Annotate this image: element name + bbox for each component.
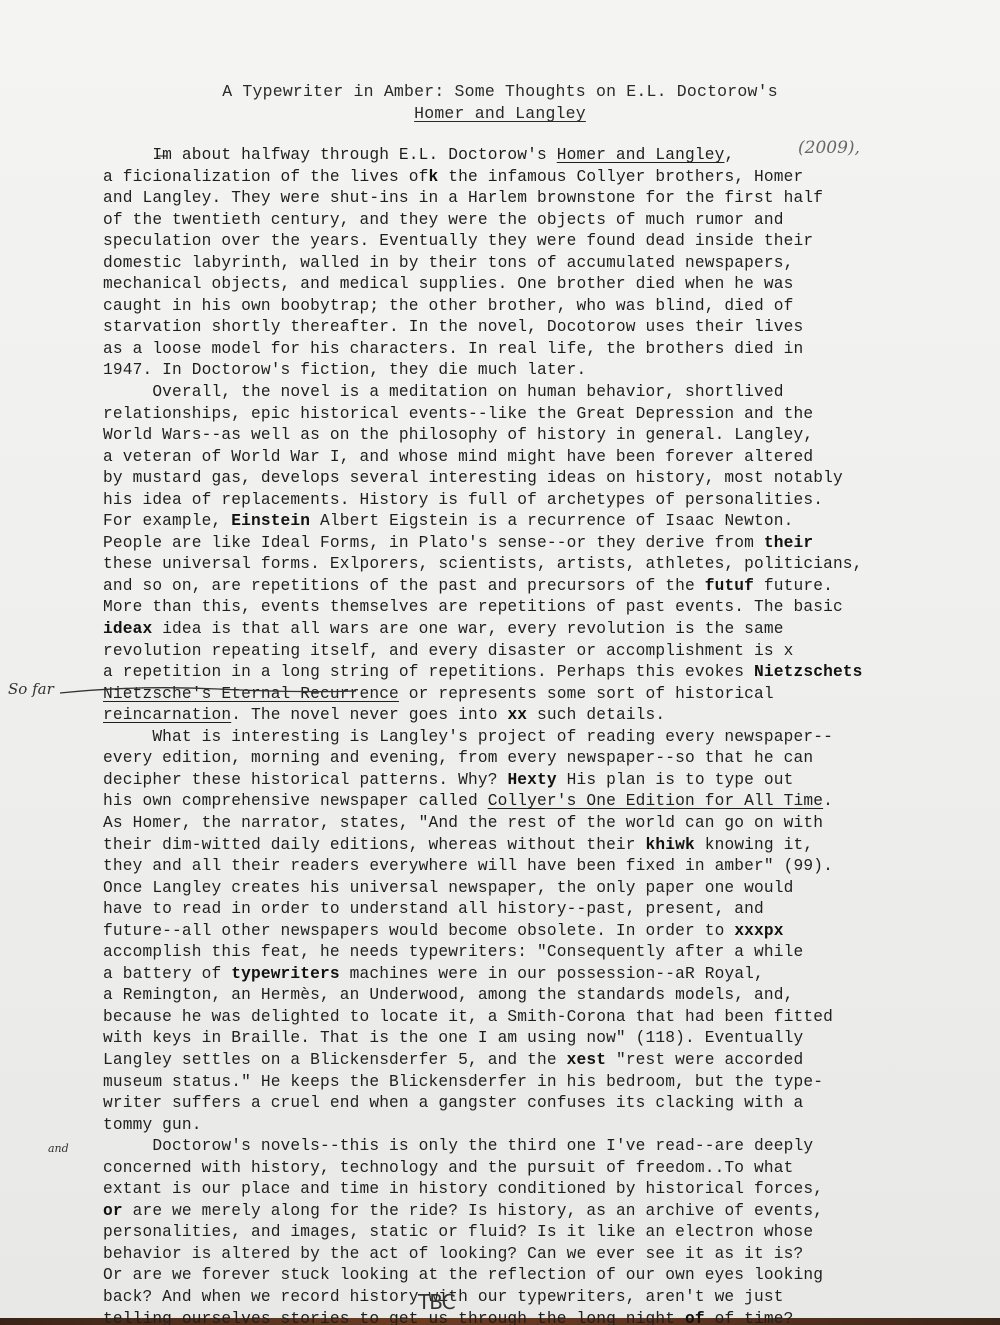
- line-text: a veteran of World War I, and whose mind…: [103, 448, 813, 466]
- text-line: caught in his own boobytrap; the other b…: [103, 296, 963, 318]
- strikeout-typing: xx: [507, 706, 527, 724]
- line-text: accomplish this feat, he needs typewrite…: [103, 943, 803, 961]
- line-text: ,: [724, 146, 734, 164]
- text-line: or are we merely along for the ride? Is …: [103, 1201, 963, 1223]
- line-text: as a loose model for his characters. In …: [103, 340, 803, 358]
- strikeout-typing: xxxpx: [734, 922, 783, 940]
- text-line: domestic labyrinth, walled in by their t…: [103, 253, 963, 275]
- line-text: of the twentieth century, and they were …: [103, 211, 784, 229]
- line-text: a ficionalization of the lives of: [103, 168, 429, 186]
- line-text: of time?: [705, 1310, 794, 1325]
- line-text: . The novel never goes into: [231, 706, 507, 724]
- text-line: behavior is altered by the act of lookin…: [103, 1244, 963, 1266]
- text-line: back? And when we record history with ou…: [103, 1287, 963, 1309]
- text-line: museum status." He keeps the Blickensder…: [103, 1072, 963, 1094]
- line-text: Or are we forever stuck looking at the r…: [103, 1266, 823, 1284]
- text-line: and so on, are repetitions of the past a…: [103, 576, 963, 598]
- line-text: What is interesting is Langley's project…: [103, 728, 833, 746]
- line-text: and so on, are repetitions of the past a…: [103, 577, 705, 595]
- strikeout-typing: k: [429, 168, 439, 186]
- line-text: with keys in Braille. That is the one I …: [103, 1029, 803, 1047]
- line-text: knowing it,: [695, 836, 813, 854]
- line-text: because he was delighted to locate it, a…: [103, 1008, 833, 1026]
- line-text: his own comprehensive newspaper called: [103, 792, 488, 810]
- line-text: future--all other newspapers would becom…: [103, 922, 734, 940]
- line-text: Once Langley creates his universal newsp…: [103, 879, 794, 897]
- text-line: World Wars--as well as on the philosophy…: [103, 425, 963, 447]
- line-text: Overall, the novel is a meditation on hu…: [103, 383, 784, 401]
- line-text: revolution repeating itself, and every d…: [103, 642, 794, 660]
- text-line: and Langley. They were shut-ins in a Har…: [103, 188, 963, 210]
- text-line: writer suffers a cruel end when a gangst…: [103, 1093, 963, 1115]
- line-text: More than this, events themselves are re…: [103, 598, 843, 616]
- text-line: Or are we forever stuck looking at the r…: [103, 1265, 963, 1287]
- line-text: they and all their readers everywhere wi…: [103, 857, 833, 875]
- line-text: such details.: [527, 706, 665, 724]
- line-text: a battery of: [103, 965, 231, 983]
- line-text: a repetition in a long string of repetit…: [103, 663, 754, 681]
- text-line: their dim-witted daily editions, whereas…: [103, 835, 963, 857]
- line-text: future.: [754, 577, 833, 595]
- strikeout-typing: Einstein: [231, 512, 310, 530]
- strikeout-typing: of: [685, 1310, 705, 1325]
- handwritten-insert-note: and: [48, 1142, 69, 1155]
- handwritten-margin-note: So far: [8, 680, 54, 698]
- text-line: Nietzsche's Eternal Recurrence or repres…: [103, 684, 963, 706]
- underlined-title: Collyer's One Edition for All Time: [488, 792, 823, 810]
- line-text: have to read in order to understand all …: [103, 900, 764, 918]
- underlined-title: Homer and Langley: [557, 146, 725, 164]
- text-line: As Homer, the narrator, states, "And the…: [103, 813, 963, 835]
- book-title-underlined: Homer and Langley: [414, 104, 586, 123]
- essay-subtitle: Homer and Langley: [0, 104, 1000, 123]
- line-text: writer suffers a cruel end when a gangst…: [103, 1094, 803, 1112]
- line-text: machines were in our possession--aR Roya…: [340, 965, 764, 983]
- line-text: "rest were accorded: [606, 1051, 803, 1069]
- line-text: idea is that all wars are one war, every…: [152, 620, 783, 638]
- line-text: and Langley. They were shut-ins in a Har…: [103, 189, 823, 207]
- text-line: his own comprehensive newspaper called C…: [103, 791, 963, 813]
- line-text: speculation over the years. Eventually t…: [103, 232, 813, 250]
- text-line: revolution repeating itself, and every d…: [103, 641, 963, 663]
- strikeout-typing: ideax: [103, 620, 152, 638]
- text-line: they and all their readers everywhere wi…: [103, 856, 963, 878]
- text-line: reincarnation. The novel never goes into…: [103, 705, 963, 727]
- line-text: the infamous Collyer brothers, Homer: [438, 168, 803, 186]
- line-text: relationships, epic historical events--l…: [103, 405, 813, 423]
- text-line: his idea of replacements. History is ful…: [103, 490, 963, 512]
- text-line: extant is our place and time in history …: [103, 1179, 963, 1201]
- text-line: with keys in Braille. That is the one I …: [103, 1028, 963, 1050]
- line-text: tommy gun.: [103, 1116, 202, 1134]
- text-line: concerned with history, technology and t…: [103, 1158, 963, 1180]
- strikeout-typing: or: [103, 1202, 123, 1220]
- text-line: Once Langley creates his universal newsp…: [103, 878, 963, 900]
- line-text: His plan is to type out: [557, 771, 794, 789]
- text-line: mechanical objects, and medical supplies…: [103, 274, 963, 296]
- text-line: For example, Einstein Albert Eigstein is…: [103, 511, 963, 533]
- text-line: personalities, and images, static or flu…: [103, 1222, 963, 1244]
- line-text: domestic labyrinth, walled in by their t…: [103, 254, 794, 272]
- strikeout-typing: typewriters: [231, 965, 340, 983]
- line-text: their dim-witted daily editions, whereas…: [103, 836, 646, 854]
- line-text: by mustard gas, develops several interes…: [103, 469, 843, 487]
- text-line: speculation over the years. Eventually t…: [103, 231, 963, 253]
- text-line: decipher these historical patterns. Why?…: [103, 770, 963, 792]
- text-line: starvation shortly thereafter. In the no…: [103, 317, 963, 339]
- text-line: have to read in order to understand all …: [103, 899, 963, 921]
- line-text: concerned with history, technology and t…: [103, 1159, 794, 1177]
- strikeout-typing: khiwk: [646, 836, 695, 854]
- text-line: More than this, events themselves are re…: [103, 597, 963, 619]
- line-text: caught in his own boobytrap; the other b…: [103, 297, 794, 315]
- text-line: a veteran of World War I, and whose mind…: [103, 447, 963, 469]
- text-line: because he was delighted to locate it, a…: [103, 1007, 963, 1029]
- line-text: As Homer, the narrator, states, "And the…: [103, 814, 823, 832]
- strikeout-typing: futuf: [705, 577, 754, 595]
- underlined-title: Nietzsche's Eternal Recurrence: [103, 685, 399, 703]
- line-text: mechanical objects, and medical supplies…: [103, 275, 794, 293]
- strikeout-typing: their: [764, 534, 813, 552]
- line-text: personalities, and images, static or flu…: [103, 1223, 813, 1241]
- underlined-title: reincarnation: [103, 706, 231, 724]
- line-text: behavior is altered by the act of lookin…: [103, 1245, 803, 1263]
- strikeout-typing: Hexty: [507, 771, 556, 789]
- text-line: People are like Ideal Forms, in Plato's …: [103, 533, 963, 555]
- line-text: .: [823, 792, 833, 810]
- handwritten-year-note: (2009),: [798, 138, 860, 158]
- line-text: these universal forms. Exlporers, scient…: [103, 555, 863, 573]
- line-text: telling ourselves stories to get us thro…: [103, 1310, 685, 1325]
- text-line: accomplish this feat, he needs typewrite…: [103, 942, 963, 964]
- line-text: Albert Eigstein is a recurrence of Isaac…: [310, 512, 793, 530]
- text-line: Overall, the novel is a meditation on hu…: [103, 382, 963, 404]
- text-line: tommy gun.: [103, 1115, 963, 1137]
- text-line: these universal forms. Exlporers, scient…: [103, 554, 963, 576]
- text-line: a ficionalization of the lives ofk the i…: [103, 167, 963, 189]
- line-text: extant is our place and time in history …: [103, 1180, 823, 1198]
- text-line: of the twentieth century, and they were …: [103, 210, 963, 232]
- text-line: Doctorow's novels--this is only the thir…: [103, 1136, 963, 1158]
- text-line: a repetition in a long string of repetit…: [103, 662, 963, 684]
- text-line: by mustard gas, develops several interes…: [103, 468, 963, 490]
- line-text: People are like Ideal Forms, in Plato's …: [103, 534, 764, 552]
- strikeout-typing: Nietzschets: [754, 663, 863, 681]
- line-text: museum status." He keeps the Blickensder…: [103, 1073, 823, 1091]
- line-text: decipher these historical patterns. Why?: [103, 771, 507, 789]
- text-line: Langley settles on a Blickensderfer 5, a…: [103, 1050, 963, 1072]
- line-text: his idea of replacements. History is ful…: [103, 491, 823, 509]
- line-text: starvation shortly thereafter. In the no…: [103, 318, 803, 336]
- essay-title: A Typewriter in Amber: Some Thoughts on …: [0, 82, 1000, 101]
- line-text: I̶m about halfway through E.L. Doctorow'…: [103, 146, 557, 164]
- handwritten-closing-note: TBC: [418, 1290, 455, 1314]
- text-line: What is interesting is Langley's project…: [103, 727, 963, 749]
- line-text: Langley settles on a Blickensderfer 5, a…: [103, 1051, 567, 1069]
- line-text: Doctorow's novels--this is only the thir…: [103, 1137, 813, 1155]
- text-line: relationships, epic historical events--l…: [103, 404, 963, 426]
- line-text: every edition, morning and evening, from…: [103, 749, 813, 767]
- text-line: 1947. In Doctorow's fiction, they die mu…: [103, 360, 963, 382]
- text-line: telling ourselves stories to get us thro…: [103, 1309, 963, 1325]
- line-text: 1947. In Doctorow's fiction, they die mu…: [103, 361, 586, 379]
- text-line: ideax idea is that all wars are one war,…: [103, 619, 963, 641]
- text-line: a battery of typewriters machines were i…: [103, 964, 963, 986]
- text-line: a Remington, an Hermès, an Underwood, am…: [103, 985, 963, 1007]
- line-text: a Remington, an Hermès, an Underwood, am…: [103, 986, 794, 1004]
- line-text: are we merely along for the ride? Is his…: [123, 1202, 823, 1220]
- strikeout-typing: xest: [567, 1051, 606, 1069]
- line-text: World Wars--as well as on the philosophy…: [103, 426, 813, 444]
- essay-body: I̶m about halfway through E.L. Doctorow'…: [103, 145, 963, 1325]
- line-text: For example,: [103, 512, 231, 530]
- line-text: or represents some sort of historical: [399, 685, 774, 703]
- text-line: as a loose model for his characters. In …: [103, 339, 963, 361]
- text-line: future--all other newspapers would becom…: [103, 921, 963, 943]
- text-line: every edition, morning and evening, from…: [103, 748, 963, 770]
